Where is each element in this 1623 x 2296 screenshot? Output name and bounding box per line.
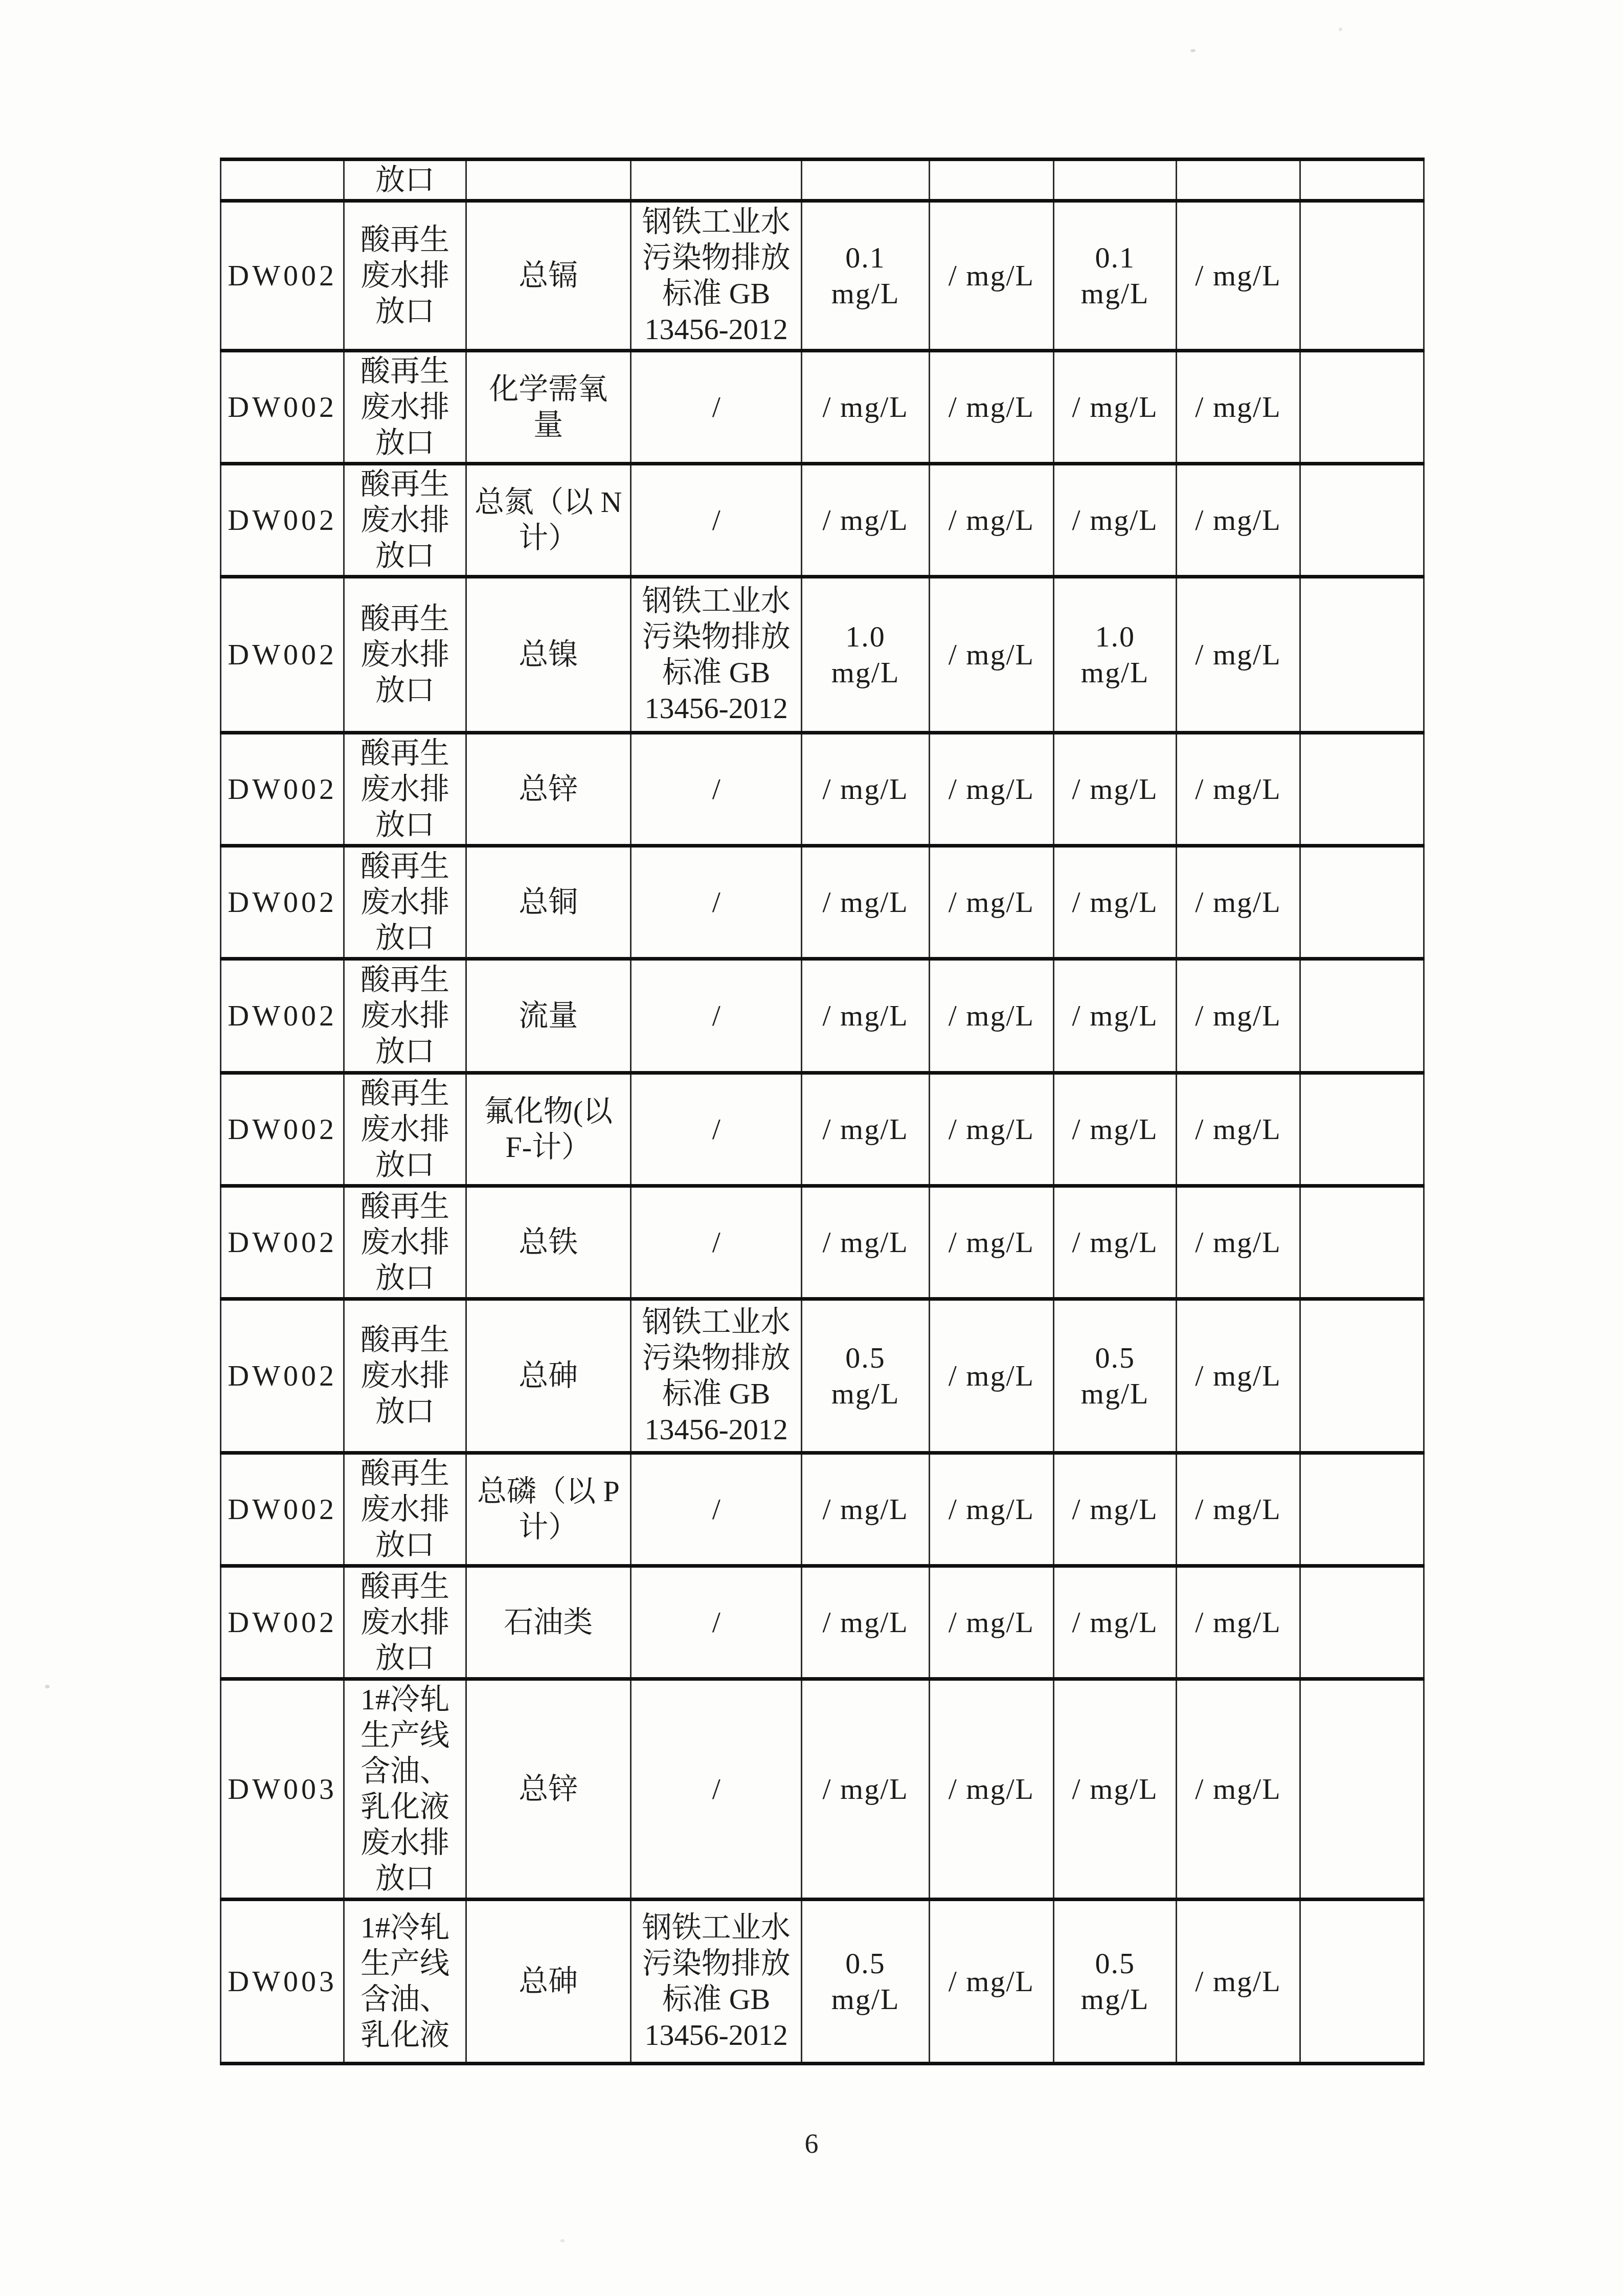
cell-outlet-id (221, 160, 344, 201)
cell-standard (631, 160, 802, 201)
cell-limit-value-2: / mg/L (1054, 464, 1177, 577)
cell-limit-unit-1: / mg/L (929, 1566, 1053, 1679)
cell-limit-value-2: 0.5 mg/L (1054, 1900, 1177, 2064)
scan-speck (45, 1685, 50, 1688)
cell-empty (1300, 1679, 1424, 1900)
scan-speck (560, 2239, 565, 2242)
cell-limit-value-2: / mg/L (1054, 1566, 1177, 1679)
table-row: DW002 酸再生 废水排 放口 总铜 / / mg/L / mg/L / mg… (221, 846, 1424, 959)
cell-standard: 钢铁工业水 污染物排放 标准 GB 13456-2012 (631, 1900, 802, 2064)
cell-limit-value-2: / mg/L (1054, 351, 1177, 464)
cell-standard: 钢铁工业水 污染物排放 标准 GB 13456-2012 (631, 577, 802, 733)
cell-outlet-name: 酸再生 废水排 放口 (344, 577, 466, 733)
cell-pollutant: 总锌 (466, 1679, 630, 1900)
table-row: DW002 酸再生 废水排 放口 总磷（以 P 计） / / mg/L / mg… (221, 1453, 1424, 1566)
table-row: DW002 酸再生 废水排 放口 总铁 / / mg/L / mg/L / mg… (221, 1186, 1424, 1299)
cell-limit-value-1: / mg/L (802, 1186, 929, 1299)
cell-limit-unit-2: / mg/L (1177, 201, 1300, 351)
cell-limit-value-2 (1054, 160, 1177, 201)
cell-empty (1300, 733, 1424, 846)
cell-outlet-name: 酸再生 废水排 放口 (344, 464, 466, 577)
cell-limit-unit-2: / mg/L (1177, 1186, 1300, 1299)
cell-limit-value-2: / mg/L (1054, 959, 1177, 1073)
cell-outlet-name: 酸再生 废水排 放口 (344, 201, 466, 351)
cell-limit-value-1: 0.5 mg/L (802, 1900, 929, 2064)
table-row: DW002 酸再生 废水排 放口 总镉 钢铁工业水 污染物排放 标准 GB 13… (221, 201, 1424, 351)
cell-limit-unit-2: / mg/L (1177, 1299, 1300, 1453)
cell-limit-value-1: / mg/L (802, 1566, 929, 1679)
cell-limit-unit-1: / mg/L (929, 1299, 1053, 1453)
cell-outlet-name: 酸再生 废水排 放口 (344, 846, 466, 959)
scan-speck (1190, 49, 1196, 52)
cell-pollutant: 总镍 (466, 577, 630, 733)
table-row: DW002 酸再生 废水排 放口 石油类 / / mg/L / mg/L / m… (221, 1566, 1424, 1679)
scan-speck (1339, 28, 1342, 31)
table-row: DW002 酸再生 废水排 放口 总镍 钢铁工业水 污染物排放 标准 GB 13… (221, 577, 1424, 733)
cell-empty (1300, 1900, 1424, 2064)
cell-outlet-id: DW002 (221, 351, 344, 464)
cell-limit-unit-1: / mg/L (929, 1679, 1053, 1900)
cell-pollutant: 化学需氧 量 (466, 351, 630, 464)
cell-outlet-id: DW002 (221, 1299, 344, 1453)
cell-outlet-name: 酸再生 废水排 放口 (344, 1299, 466, 1453)
page-number: 6 (0, 2128, 1623, 2159)
cell-pollutant: 总砷 (466, 1299, 630, 1453)
cell-outlet-name: 酸再生 废水排 放口 (344, 1566, 466, 1679)
cell-limit-value-2: 0.1 mg/L (1054, 201, 1177, 351)
cell-empty (1300, 1566, 1424, 1679)
cell-limit-value-2: 1.0 mg/L (1054, 577, 1177, 733)
table-row: DW002 酸再生 废水排 放口 总砷 钢铁工业水 污染物排放 标准 GB 13… (221, 1299, 1424, 1453)
cell-pollutant (466, 160, 630, 201)
table-row: DW002 酸再生 废水排 放口 氟化物(以 F-计） / / mg/L / m… (221, 1073, 1424, 1186)
cell-limit-unit-1: / mg/L (929, 1186, 1053, 1299)
cell-limit-unit-2: / mg/L (1177, 1900, 1300, 2064)
cell-outlet-id: DW002 (221, 464, 344, 577)
cell-limit-unit-2 (1177, 160, 1300, 201)
cell-pollutant: 总镉 (466, 201, 630, 351)
cell-pollutant: 总砷 (466, 1900, 630, 2064)
cell-limit-value-1: / mg/L (802, 351, 929, 464)
cell-pollutant: 流量 (466, 959, 630, 1073)
cell-limit-unit-2: / mg/L (1177, 1073, 1300, 1186)
cell-limit-unit-2: / mg/L (1177, 846, 1300, 959)
cell-empty (1300, 577, 1424, 733)
cell-pollutant: 总锌 (466, 733, 630, 846)
table-row: 放口 (221, 160, 1424, 201)
cell-empty (1300, 959, 1424, 1073)
cell-limit-unit-2: / mg/L (1177, 577, 1300, 733)
cell-limit-value-2: / mg/L (1054, 846, 1177, 959)
cell-outlet-id: DW003 (221, 1679, 344, 1900)
table-row: DW003 1#冷轧 生产线 含油、 乳化液 总砷 钢铁工业水 污染物排放 标准… (221, 1900, 1424, 2064)
cell-empty (1300, 351, 1424, 464)
cell-standard: / (631, 1453, 802, 1566)
cell-outlet-id: DW002 (221, 201, 344, 351)
cell-outlet-id: DW002 (221, 1453, 344, 1566)
cell-limit-unit-2: / mg/L (1177, 733, 1300, 846)
cell-outlet-name: 酸再生 废水排 放口 (344, 351, 466, 464)
cell-outlet-name: 1#冷轧 生产线 含油、 乳化液 废水排 放口 (344, 1679, 466, 1900)
cell-standard: / (631, 959, 802, 1073)
cell-pollutant: 总氮（以 N 计） (466, 464, 630, 577)
cell-limit-value-1: / mg/L (802, 1453, 929, 1566)
cell-outlet-name: 放口 (344, 160, 466, 201)
cell-limit-value-2: / mg/L (1054, 1186, 1177, 1299)
cell-outlet-name: 酸再生 废水排 放口 (344, 1073, 466, 1186)
cell-limit-value-1: / mg/L (802, 1073, 929, 1186)
cell-pollutant: 总铁 (466, 1186, 630, 1299)
cell-standard: 钢铁工业水 污染物排放 标准 GB 13456-2012 (631, 201, 802, 351)
cell-limit-value-1: / mg/L (802, 1679, 929, 1900)
cell-outlet-id: DW002 (221, 846, 344, 959)
cell-limit-unit-2: / mg/L (1177, 1453, 1300, 1566)
cell-limit-value-2: 0.5 mg/L (1054, 1299, 1177, 1453)
cell-limit-value-2: / mg/L (1054, 1073, 1177, 1186)
table-row: DW003 1#冷轧 生产线 含油、 乳化液 废水排 放口 总锌 / / mg/… (221, 1679, 1424, 1900)
cell-standard: / (631, 846, 802, 959)
cell-limit-unit-1: / mg/L (929, 1073, 1053, 1186)
cell-outlet-name: 酸再生 废水排 放口 (344, 1453, 466, 1566)
cell-empty (1300, 1073, 1424, 1186)
cell-limit-value-1: / mg/L (802, 846, 929, 959)
cell-limit-value-1 (802, 160, 929, 201)
cell-outlet-id: DW003 (221, 1900, 344, 2064)
cell-limit-unit-1: / mg/L (929, 201, 1053, 351)
cell-limit-value-1: / mg/L (802, 959, 929, 1073)
cell-limit-unit-2: / mg/L (1177, 464, 1300, 577)
cell-limit-unit-1: / mg/L (929, 1453, 1053, 1566)
cell-outlet-name: 酸再生 废水排 放口 (344, 959, 466, 1073)
cell-limit-value-1: 0.5 mg/L (802, 1299, 929, 1453)
cell-limit-unit-2: / mg/L (1177, 1566, 1300, 1679)
cell-limit-unit-2: / mg/L (1177, 1679, 1300, 1900)
cell-limit-value-1: / mg/L (802, 733, 929, 846)
cell-standard: / (631, 1566, 802, 1679)
cell-empty (1300, 201, 1424, 351)
cell-pollutant: 石油类 (466, 1566, 630, 1679)
cell-limit-unit-1: / mg/L (929, 464, 1053, 577)
cell-pollutant: 总磷（以 P 计） (466, 1453, 630, 1566)
table-row: DW002 酸再生 废水排 放口 总氮（以 N 计） / / mg/L / mg… (221, 464, 1424, 577)
cell-outlet-id: DW002 (221, 577, 344, 733)
cell-empty (1300, 1186, 1424, 1299)
table-row: DW002 酸再生 废水排 放口 流量 / / mg/L / mg/L / mg… (221, 959, 1424, 1073)
cell-limit-unit-2: / mg/L (1177, 351, 1300, 464)
cell-empty (1300, 1453, 1424, 1566)
cell-standard: 钢铁工业水 污染物排放 标准 GB 13456-2012 (631, 1299, 802, 1453)
cell-standard: / (631, 1073, 802, 1186)
cell-outlet-id: DW002 (221, 959, 344, 1073)
cell-outlet-id: DW002 (221, 1186, 344, 1299)
cell-outlet-id: DW002 (221, 1073, 344, 1186)
cell-empty (1300, 1299, 1424, 1453)
cell-standard: / (631, 464, 802, 577)
cell-outlet-id: DW002 (221, 733, 344, 846)
cell-limit-unit-1: / mg/L (929, 351, 1053, 464)
cell-limit-unit-1: / mg/L (929, 577, 1053, 733)
cell-empty (1300, 846, 1424, 959)
cell-outlet-name: 酸再生 废水排 放口 (344, 733, 466, 846)
cell-limit-value-2: / mg/L (1054, 733, 1177, 846)
cell-limit-unit-1 (929, 160, 1053, 201)
cell-limit-value-2: / mg/L (1054, 1679, 1177, 1900)
discharge-permit-table: 放口 DW002 酸再生 废水排 放口 总镉 钢铁工业水 污染物排放 标准 GB… (220, 158, 1425, 2065)
cell-outlet-name: 酸再生 废水排 放口 (344, 1186, 466, 1299)
cell-limit-value-1: / mg/L (802, 464, 929, 577)
cell-limit-value-1: 1.0 mg/L (802, 577, 929, 733)
cell-limit-unit-2: / mg/L (1177, 959, 1300, 1073)
table-row: DW002 酸再生 废水排 放口 化学需氧 量 / / mg/L / mg/L … (221, 351, 1424, 464)
table-row: DW002 酸再生 废水排 放口 总锌 / / mg/L / mg/L / mg… (221, 733, 1424, 846)
scanned-document-page: 放口 DW002 酸再生 废水排 放口 总镉 钢铁工业水 污染物排放 标准 GB… (0, 0, 1623, 2296)
cell-standard: / (631, 1679, 802, 1900)
cell-pollutant: 氟化物(以 F-计） (466, 1073, 630, 1186)
cell-empty (1300, 160, 1424, 201)
cell-limit-unit-1: / mg/L (929, 1900, 1053, 2064)
cell-limit-unit-1: / mg/L (929, 733, 1053, 846)
cell-limit-value-2: / mg/L (1054, 1453, 1177, 1566)
cell-standard: / (631, 351, 802, 464)
cell-outlet-id: DW002 (221, 1566, 344, 1679)
cell-empty (1300, 464, 1424, 577)
cell-outlet-name: 1#冷轧 生产线 含油、 乳化液 (344, 1900, 466, 2064)
cell-limit-unit-1: / mg/L (929, 959, 1053, 1073)
cell-pollutant: 总铜 (466, 846, 630, 959)
cell-standard: / (631, 1186, 802, 1299)
cell-standard: / (631, 733, 802, 846)
cell-limit-unit-1: / mg/L (929, 846, 1053, 959)
cell-limit-value-1: 0.1 mg/L (802, 201, 929, 351)
